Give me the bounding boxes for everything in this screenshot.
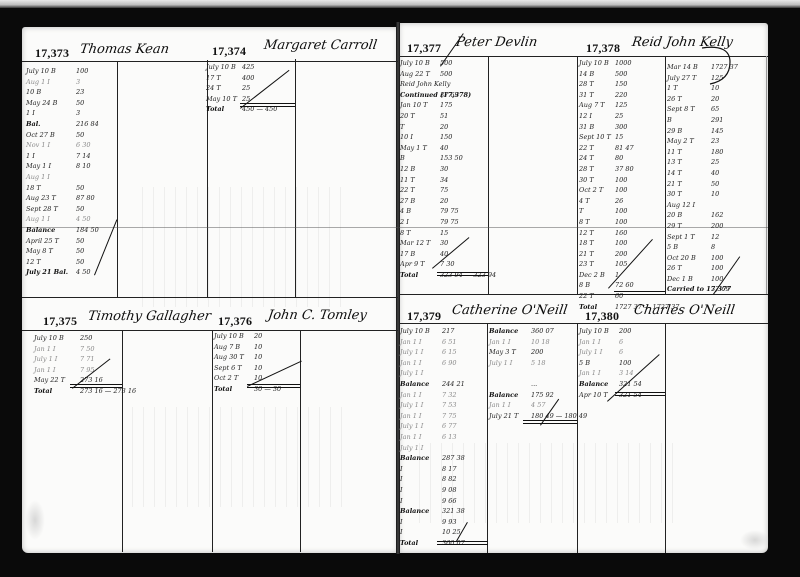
entry-date: May 2 T bbox=[667, 136, 694, 147]
entry-amount: 20 bbox=[254, 331, 262, 342]
entry-amount: 50 bbox=[76, 246, 84, 257]
entry-amount: 244 21 bbox=[442, 379, 465, 390]
ledger-entry: T20 bbox=[400, 122, 488, 133]
ledger-entry: Continued (17,378)37 69 bbox=[400, 90, 488, 101]
ledger-entry: 1 I7 14 bbox=[26, 151, 118, 162]
ledger-entry: 12 I25 bbox=[579, 111, 665, 122]
ledger-entry: Aug 1 I3 bbox=[26, 77, 118, 88]
entry-date: Jan 1 I bbox=[400, 390, 422, 401]
ledger-entry: July 10 B250 bbox=[34, 333, 124, 344]
entry-amount: 50 bbox=[76, 257, 84, 268]
ledger-entry: Jan 1 I6 13 bbox=[400, 432, 488, 443]
entry-amount: 10 bbox=[254, 342, 262, 353]
scan-top-edge bbox=[0, 0, 800, 8]
ledger-entry: May 24 B50 bbox=[26, 98, 118, 109]
entry-amount: 34 bbox=[440, 175, 448, 186]
entry-date: I bbox=[400, 496, 403, 507]
entry-amount: 500 bbox=[615, 69, 627, 80]
ledger-entry: Nov 1 I6 30 bbox=[26, 140, 118, 151]
entry-amount: 15 bbox=[440, 228, 448, 239]
entry-date: Jan 1 I bbox=[489, 337, 511, 348]
ledger-entry: 21 T200 bbox=[579, 249, 665, 260]
entry-date: Jan 1 I bbox=[400, 432, 422, 443]
ledger-entry: 14 B500 bbox=[579, 69, 665, 80]
entry-amount: 37 69 bbox=[440, 90, 459, 101]
ledger-entry: 10 B23 bbox=[26, 87, 118, 98]
ledger-entry: Bal.216 84 bbox=[26, 119, 118, 130]
entry-amount: 50 bbox=[76, 130, 84, 141]
account-holder-name: Timothy Gallagher bbox=[87, 309, 212, 324]
entry-date: 10 B bbox=[26, 87, 41, 98]
ledger-entry: 18 T50 bbox=[26, 183, 118, 194]
ledger-entry: 22 T81 47 bbox=[579, 143, 665, 154]
ledger-entry: 13 T25 bbox=[667, 157, 767, 168]
ledger-entry: Aug 30 T10 bbox=[214, 352, 302, 363]
entry-date: May 1 T bbox=[400, 143, 427, 154]
entry-amount: 1000 bbox=[615, 58, 632, 69]
entry-amount: 3 bbox=[76, 77, 80, 88]
entry-amount: 321 38 bbox=[442, 506, 465, 517]
ledger-entry: Jan 1 I7 75 bbox=[400, 411, 488, 422]
entry-amount: 15 bbox=[615, 132, 623, 143]
account-number: 17,379 bbox=[407, 309, 441, 324]
entry-amount: ... bbox=[531, 379, 537, 390]
column-rule bbox=[577, 56, 578, 294]
ledger-entry: 26 T100 bbox=[667, 263, 767, 274]
ledger-entry: July 1 I7 53 bbox=[400, 400, 488, 411]
entry-date: 12 I bbox=[579, 111, 592, 122]
entry-amount: 9 66 bbox=[442, 496, 456, 507]
entry-date: 20 B bbox=[667, 210, 682, 221]
entry-date: T bbox=[579, 206, 583, 217]
entry-amount: 25 bbox=[242, 83, 250, 94]
entry-date: Aug 1 I bbox=[26, 172, 50, 183]
ledger-entry: May 1 I8 10 bbox=[26, 161, 118, 172]
entry-date: Sept 8 T bbox=[667, 104, 695, 115]
ledger-entry: Jan 1 I7 50 bbox=[34, 344, 124, 355]
ledger-entry: Aug 12 I bbox=[667, 200, 767, 211]
ledger-entry: 12 B30 bbox=[400, 164, 488, 175]
entry-date: Sept 10 T bbox=[579, 132, 611, 143]
entry-date: Sept 6 T bbox=[214, 363, 242, 374]
ledger-entry: 31 T220 bbox=[579, 90, 665, 101]
ledger-entry: April 25 T50 bbox=[26, 236, 118, 247]
entry-date: Aug 12 I bbox=[667, 200, 695, 211]
entry-date: Jan 1 I bbox=[579, 337, 601, 348]
entry-amount: 100 bbox=[615, 217, 627, 228]
entry-date: 14 B bbox=[579, 69, 594, 80]
entry-date: 29 B bbox=[667, 126, 682, 137]
column-rule bbox=[665, 56, 666, 294]
ledger-entry: Jan 1 I7 95 bbox=[34, 365, 124, 376]
entry-date: Jan 1 I bbox=[400, 411, 422, 422]
total-underline bbox=[615, 392, 665, 396]
entry-date: Jan 1 I bbox=[400, 337, 422, 348]
account-number: 17,378 bbox=[586, 41, 620, 56]
entry-date: July 21 Bal. bbox=[26, 267, 68, 278]
entry-date: Oct 27 B bbox=[26, 130, 55, 141]
entry-date: Sept 1 T bbox=[667, 232, 695, 243]
ledger-entry: 14 T40 bbox=[667, 168, 767, 179]
entry-amount: 50 bbox=[76, 183, 84, 194]
entry-date: Aug 23 T bbox=[26, 193, 56, 204]
entry-amount: 20 bbox=[440, 122, 448, 133]
ledger-entry: 11 T34 bbox=[400, 175, 488, 186]
entry-date: Apr 10 T bbox=[579, 390, 608, 401]
ledger-entry: 8 B72 60 bbox=[579, 280, 665, 291]
ledger-entry: May 1 T40 bbox=[400, 143, 488, 154]
entry-amount: 80 bbox=[615, 153, 623, 164]
entry-date: 4 B bbox=[400, 206, 411, 217]
ledger-entry: 20 T51 bbox=[400, 111, 488, 122]
entry-date: 13 T bbox=[667, 157, 682, 168]
entry-date: Jan 1 I bbox=[34, 365, 56, 376]
entry-amount: 200 bbox=[711, 221, 723, 232]
entry-amount: 6 77 bbox=[442, 421, 456, 432]
entry-date: 1 I bbox=[26, 108, 35, 119]
entry-amount: 500 bbox=[440, 69, 452, 80]
total-underline bbox=[437, 541, 488, 545]
entry-amount: 217 bbox=[442, 326, 454, 337]
entry-date: Balance bbox=[400, 453, 429, 464]
account-number: 17,375 bbox=[43, 314, 77, 329]
ledger-entry bbox=[489, 368, 577, 379]
ledger-entry: 20 B162 bbox=[667, 210, 767, 221]
entry-date: Balance bbox=[26, 225, 55, 236]
ledger-entries-17377: July 10 B500Aug 22 T500Reid John KellyCo… bbox=[400, 58, 488, 280]
entry-date: 5 B bbox=[667, 242, 678, 253]
ledger-entry: July 10 B1000 bbox=[579, 58, 665, 69]
ledger-entry: 26 T20 bbox=[667, 94, 767, 105]
entry-amount: 287 38 bbox=[442, 453, 465, 464]
entry-date: 17 T bbox=[206, 73, 221, 84]
ledger-entry: I10 25 bbox=[400, 527, 488, 538]
column-rule bbox=[665, 323, 666, 553]
entry-date: 1 I bbox=[26, 151, 35, 162]
entry-date: July 1 I bbox=[579, 347, 602, 358]
ledger-entry: Sept 28 T50 bbox=[26, 204, 118, 215]
entry-date: May 1 I bbox=[26, 161, 51, 172]
ledger-entry: ... bbox=[489, 379, 577, 390]
entry-date: July 1 I bbox=[34, 354, 57, 365]
entry-amount: 184 50 bbox=[76, 225, 99, 236]
entry-date: Balance bbox=[489, 390, 518, 401]
ledger-entry: Oct 2 T10 bbox=[214, 373, 302, 384]
column-rule bbox=[212, 330, 213, 552]
entry-date: Total bbox=[34, 386, 52, 397]
entry-amount: 162 bbox=[711, 210, 723, 221]
ledger-entry: 21 T50 bbox=[667, 179, 767, 190]
entry-amount: 7 32 bbox=[442, 390, 456, 401]
ledger-entry: Reid John Kelly bbox=[400, 79, 488, 90]
ledger-entry: Jan 1 I3 14 bbox=[579, 368, 665, 379]
ledger-entry: 8 T15 bbox=[400, 228, 488, 239]
entry-amount: 79 75 bbox=[440, 217, 459, 228]
entry-amount: 7 14 bbox=[76, 151, 90, 162]
entry-date: B bbox=[400, 153, 405, 164]
entry-amount: 6 90 bbox=[442, 358, 456, 369]
ledger-entry: 28 T37 80 bbox=[579, 164, 665, 175]
entry-date: 12 T bbox=[26, 257, 41, 268]
entry-date: I bbox=[400, 527, 403, 538]
ledger-entry: Sept 1 T12 bbox=[667, 232, 767, 243]
entry-date: 12 T bbox=[579, 228, 594, 239]
entry-date: July 10 B bbox=[579, 58, 609, 69]
entry-date: Continued (17,378) bbox=[400, 90, 471, 101]
account-holder-name: Thomas Kean bbox=[79, 42, 170, 57]
entry-date: 30 T bbox=[579, 175, 594, 186]
ledger-entry: 30 T10 bbox=[667, 189, 767, 200]
ledger-entry: Oct 2 T100 bbox=[579, 185, 665, 196]
entry-date: Total bbox=[579, 302, 597, 313]
entry-amount: 75 bbox=[440, 185, 448, 196]
entry-amount: 6 13 bbox=[442, 432, 456, 443]
account-number: 17,377 bbox=[407, 41, 441, 56]
ledger-entry: Balance360 07 bbox=[489, 326, 577, 337]
entry-date: 11 T bbox=[400, 175, 415, 186]
ledger-entry: B153 50 bbox=[400, 153, 488, 164]
account-holder-name: Peter Devlin bbox=[455, 35, 538, 50]
entry-date: 28 T bbox=[579, 79, 594, 90]
entry-date: July 1 I bbox=[400, 347, 423, 358]
ledger-entry: July 10 B217 bbox=[400, 326, 488, 337]
entry-date: July 10 B bbox=[34, 333, 64, 344]
ledger-entry: 28 T150 bbox=[579, 79, 665, 90]
entry-date: Total bbox=[400, 270, 418, 281]
entry-amount: 400 bbox=[242, 73, 254, 84]
entry-date: Total bbox=[400, 538, 418, 549]
entry-amount: 6 51 bbox=[442, 337, 456, 348]
total-underline bbox=[70, 384, 122, 388]
entry-date: Jan 1 I bbox=[579, 368, 601, 379]
entry-amount: 100 bbox=[615, 238, 627, 249]
ledger-entry: 10 I150 bbox=[400, 132, 488, 143]
entry-amount: 81 47 bbox=[615, 143, 634, 154]
entry-date: Total bbox=[206, 104, 224, 115]
entry-amount: 4 50 bbox=[76, 267, 90, 278]
entry-date: 21 T bbox=[667, 179, 682, 190]
entry-date: Jan 1 I bbox=[400, 358, 422, 369]
entry-amount: 6 15 bbox=[442, 347, 456, 358]
entry-amount: 8 17 bbox=[442, 464, 456, 475]
entry-amount: 25 bbox=[615, 111, 623, 122]
ledger-entry: 22 T75 bbox=[400, 185, 488, 196]
entry-amount: 175 92 bbox=[531, 390, 554, 401]
ledger-entry: 23 T105 bbox=[579, 259, 665, 270]
account-number: 17,374 bbox=[212, 44, 246, 59]
entry-date: Dec 2 B bbox=[579, 270, 605, 281]
entry-amount: 100 bbox=[615, 185, 627, 196]
entry-date: Jan 1 I bbox=[34, 344, 56, 355]
ledger-entry: July 1 I bbox=[400, 368, 488, 379]
ledger-entry: I8 82 bbox=[400, 474, 488, 485]
entry-date: Jan 1 I bbox=[489, 400, 511, 411]
entry-date: 26 T bbox=[667, 94, 682, 105]
ledger-entry: Jan 1 I6 bbox=[579, 337, 665, 348]
entry-amount: 4 57 bbox=[531, 400, 545, 411]
entry-date: May 24 B bbox=[26, 98, 57, 109]
entry-amount: 40 bbox=[711, 168, 719, 179]
ledger-entry: Mar 12 T30 bbox=[400, 238, 488, 249]
ledger-entry: B291 bbox=[667, 115, 767, 126]
ledger-entry: Sept 8 T65 bbox=[667, 104, 767, 115]
header-rule bbox=[22, 330, 398, 331]
entry-amount: 6 30 bbox=[76, 140, 90, 151]
ledger-entry: 2 I79 75 bbox=[400, 217, 488, 228]
scan-smudge bbox=[740, 530, 770, 550]
entry-amount: 7 71 bbox=[80, 354, 94, 365]
ledger-entry: Oct 27 B50 bbox=[26, 130, 118, 141]
ledger-entry: 29 B145 bbox=[667, 126, 767, 137]
entry-amount: 145 bbox=[711, 126, 723, 137]
ledger-entry: Aug 23 T87 80 bbox=[26, 193, 118, 204]
block-divider bbox=[22, 297, 398, 298]
ledger-entry: 11 T180 bbox=[667, 147, 767, 158]
ledger-entry: I8 17 bbox=[400, 464, 488, 475]
entry-date: July 10 B bbox=[206, 62, 236, 73]
entry-date: Aug 7 T bbox=[579, 100, 605, 111]
entry-amount: 200 bbox=[619, 326, 631, 337]
entry-amount: 25 bbox=[711, 157, 719, 168]
ledger-entry: Dec 1 B100 bbox=[667, 274, 767, 285]
ledger-entry: May 2 T23 bbox=[667, 136, 767, 147]
entry-date: 21 T bbox=[579, 249, 594, 260]
entry-date: 5 B bbox=[579, 358, 590, 369]
entry-date: 31 B bbox=[579, 122, 594, 133]
entry-amount: 8 82 bbox=[442, 474, 456, 485]
ledger-entry: 4 B79 75 bbox=[400, 206, 488, 217]
entry-amount: 12 bbox=[711, 232, 719, 243]
entry-date: 10 I bbox=[400, 132, 413, 143]
entry-amount: 1727 37 — 1727 37 bbox=[615, 302, 679, 313]
ledger-entry: Oct 20 B100 bbox=[667, 253, 767, 264]
ledger-entry: 8 T100 bbox=[579, 217, 665, 228]
entry-amount: 100 bbox=[615, 206, 627, 217]
entry-amount: 10 bbox=[254, 363, 262, 374]
entry-amount: 9 08 bbox=[442, 485, 456, 496]
entry-date: T bbox=[400, 122, 404, 133]
header-rule bbox=[399, 323, 768, 324]
entry-date: I bbox=[400, 464, 403, 475]
entry-date: Aug 7 B bbox=[214, 342, 240, 353]
entry-amount: 5 18 bbox=[531, 358, 545, 369]
account-holder-name: Catherine O'Neill bbox=[451, 303, 568, 318]
entry-amount: 50 bbox=[76, 236, 84, 247]
ledger-entry: July 21 Bal.4 50 bbox=[26, 267, 118, 278]
ledger-entry: Aug 1 I bbox=[26, 172, 118, 183]
scan-smudge bbox=[25, 500, 45, 540]
entry-amount: 175 bbox=[440, 100, 452, 111]
entry-amount: 30 bbox=[440, 238, 448, 249]
account-number: 17,373 bbox=[35, 46, 69, 61]
entry-amount: 50 bbox=[76, 98, 84, 109]
ledger-entry: Aug 22 T500 bbox=[400, 69, 488, 80]
entry-date: July 1 I bbox=[400, 368, 423, 379]
entry-amount: 425 bbox=[242, 62, 254, 73]
entry-amount: 20 bbox=[440, 196, 448, 207]
entry-amount: 87 80 bbox=[76, 193, 95, 204]
ledger-entry: I9 08 bbox=[400, 485, 488, 496]
ledger-entries-17373: July 10 B100Aug 1 I310 B23May 24 B501 I3… bbox=[26, 66, 118, 278]
entry-amount: 79 75 bbox=[440, 206, 459, 217]
ledger-entry: Jan 1 I4 57 bbox=[489, 400, 577, 411]
ledger-entry: Apr 9 T7 30 bbox=[400, 259, 488, 270]
account-holder-name: Margaret Carroll bbox=[263, 38, 378, 53]
entry-date: 30 T bbox=[667, 189, 682, 200]
entry-date: 27 B bbox=[400, 196, 415, 207]
entry-amount: 200 bbox=[531, 347, 543, 358]
ledger-entry: Aug 1 I4 50 bbox=[26, 214, 118, 225]
entry-date: April 25 T bbox=[26, 236, 59, 247]
entry-amount: 9 93 bbox=[442, 517, 456, 528]
ledger-entry: I9 66 bbox=[400, 496, 488, 507]
entry-date: 4 T bbox=[579, 196, 590, 207]
entry-date: July 1 I bbox=[489, 358, 512, 369]
entry-amount: 6 bbox=[619, 337, 623, 348]
entry-date: 24 T bbox=[206, 83, 221, 94]
entry-date: 29 T bbox=[667, 221, 682, 232]
total-underline bbox=[247, 384, 300, 388]
entry-amount: 100 bbox=[711, 253, 723, 264]
entry-date: Oct 20 B bbox=[667, 253, 696, 264]
entry-amount: 100 bbox=[619, 358, 631, 369]
entry-date: 22 T bbox=[400, 185, 415, 196]
entry-amount: 6 bbox=[619, 347, 623, 358]
ledger-entries-17374: July 10 B42517 T40024 T25May 10 T25Total… bbox=[206, 62, 296, 115]
entry-amount: 50 bbox=[76, 204, 84, 215]
ledger-entry: 24 T25 bbox=[206, 83, 296, 94]
ledger-entry: 31 B300 bbox=[579, 122, 665, 133]
entry-date: July 21 T bbox=[489, 411, 518, 422]
entry-date: Oct 2 T bbox=[214, 373, 238, 384]
entry-amount: 23 bbox=[711, 136, 719, 147]
entry-amount: 51 bbox=[440, 111, 448, 122]
entry-date: B bbox=[667, 115, 672, 126]
entry-date: Balance bbox=[400, 379, 429, 390]
entry-amount: 360 07 bbox=[531, 326, 554, 337]
account-holder-name: John C. Tomley bbox=[267, 308, 368, 323]
entry-amount: 125 bbox=[615, 100, 627, 111]
ledger-entries-17378-continued: Mar 14 B1727 37July 27 T1251 T1026 T20Se… bbox=[667, 62, 767, 295]
ledger-entry: 12 T160 bbox=[579, 228, 665, 239]
entry-amount: 100 bbox=[615, 175, 627, 186]
entry-amount: 40 bbox=[440, 143, 448, 154]
ledger-entry: T100 bbox=[579, 206, 665, 217]
entry-amount: 100 bbox=[711, 263, 723, 274]
column-rule bbox=[488, 56, 489, 294]
entry-date: Oct 2 T bbox=[579, 185, 603, 196]
ledger-entry: 5 B8 bbox=[667, 242, 767, 253]
entry-date: May 22 T bbox=[34, 375, 65, 386]
entry-date: Mar 12 T bbox=[400, 238, 430, 249]
ledger-entry: Sept 10 T15 bbox=[579, 132, 665, 143]
entry-amount: 291 bbox=[711, 115, 723, 126]
total-underline bbox=[437, 272, 488, 276]
entry-date: May 10 T bbox=[206, 94, 237, 105]
entry-amount: 20 bbox=[711, 94, 719, 105]
entry-date: Aug 1 I bbox=[26, 77, 50, 88]
entry-date: Balance bbox=[579, 379, 608, 390]
entry-date: 8 T bbox=[579, 217, 590, 228]
entry-date: Sept 28 T bbox=[26, 204, 58, 215]
ledger-entry: Jan 1 I10 18 bbox=[489, 337, 577, 348]
ledger-entry: July 1 I5 18 bbox=[489, 358, 577, 369]
ledger-entry: July 10 B100 bbox=[26, 66, 118, 77]
ledger-entry: Jan 1 I6 51 bbox=[400, 337, 488, 348]
entry-date: July 1 I bbox=[400, 400, 423, 411]
ledger-entry: July 10 B425 bbox=[206, 62, 296, 73]
ledger-entry: July 1 I6 bbox=[579, 347, 665, 358]
